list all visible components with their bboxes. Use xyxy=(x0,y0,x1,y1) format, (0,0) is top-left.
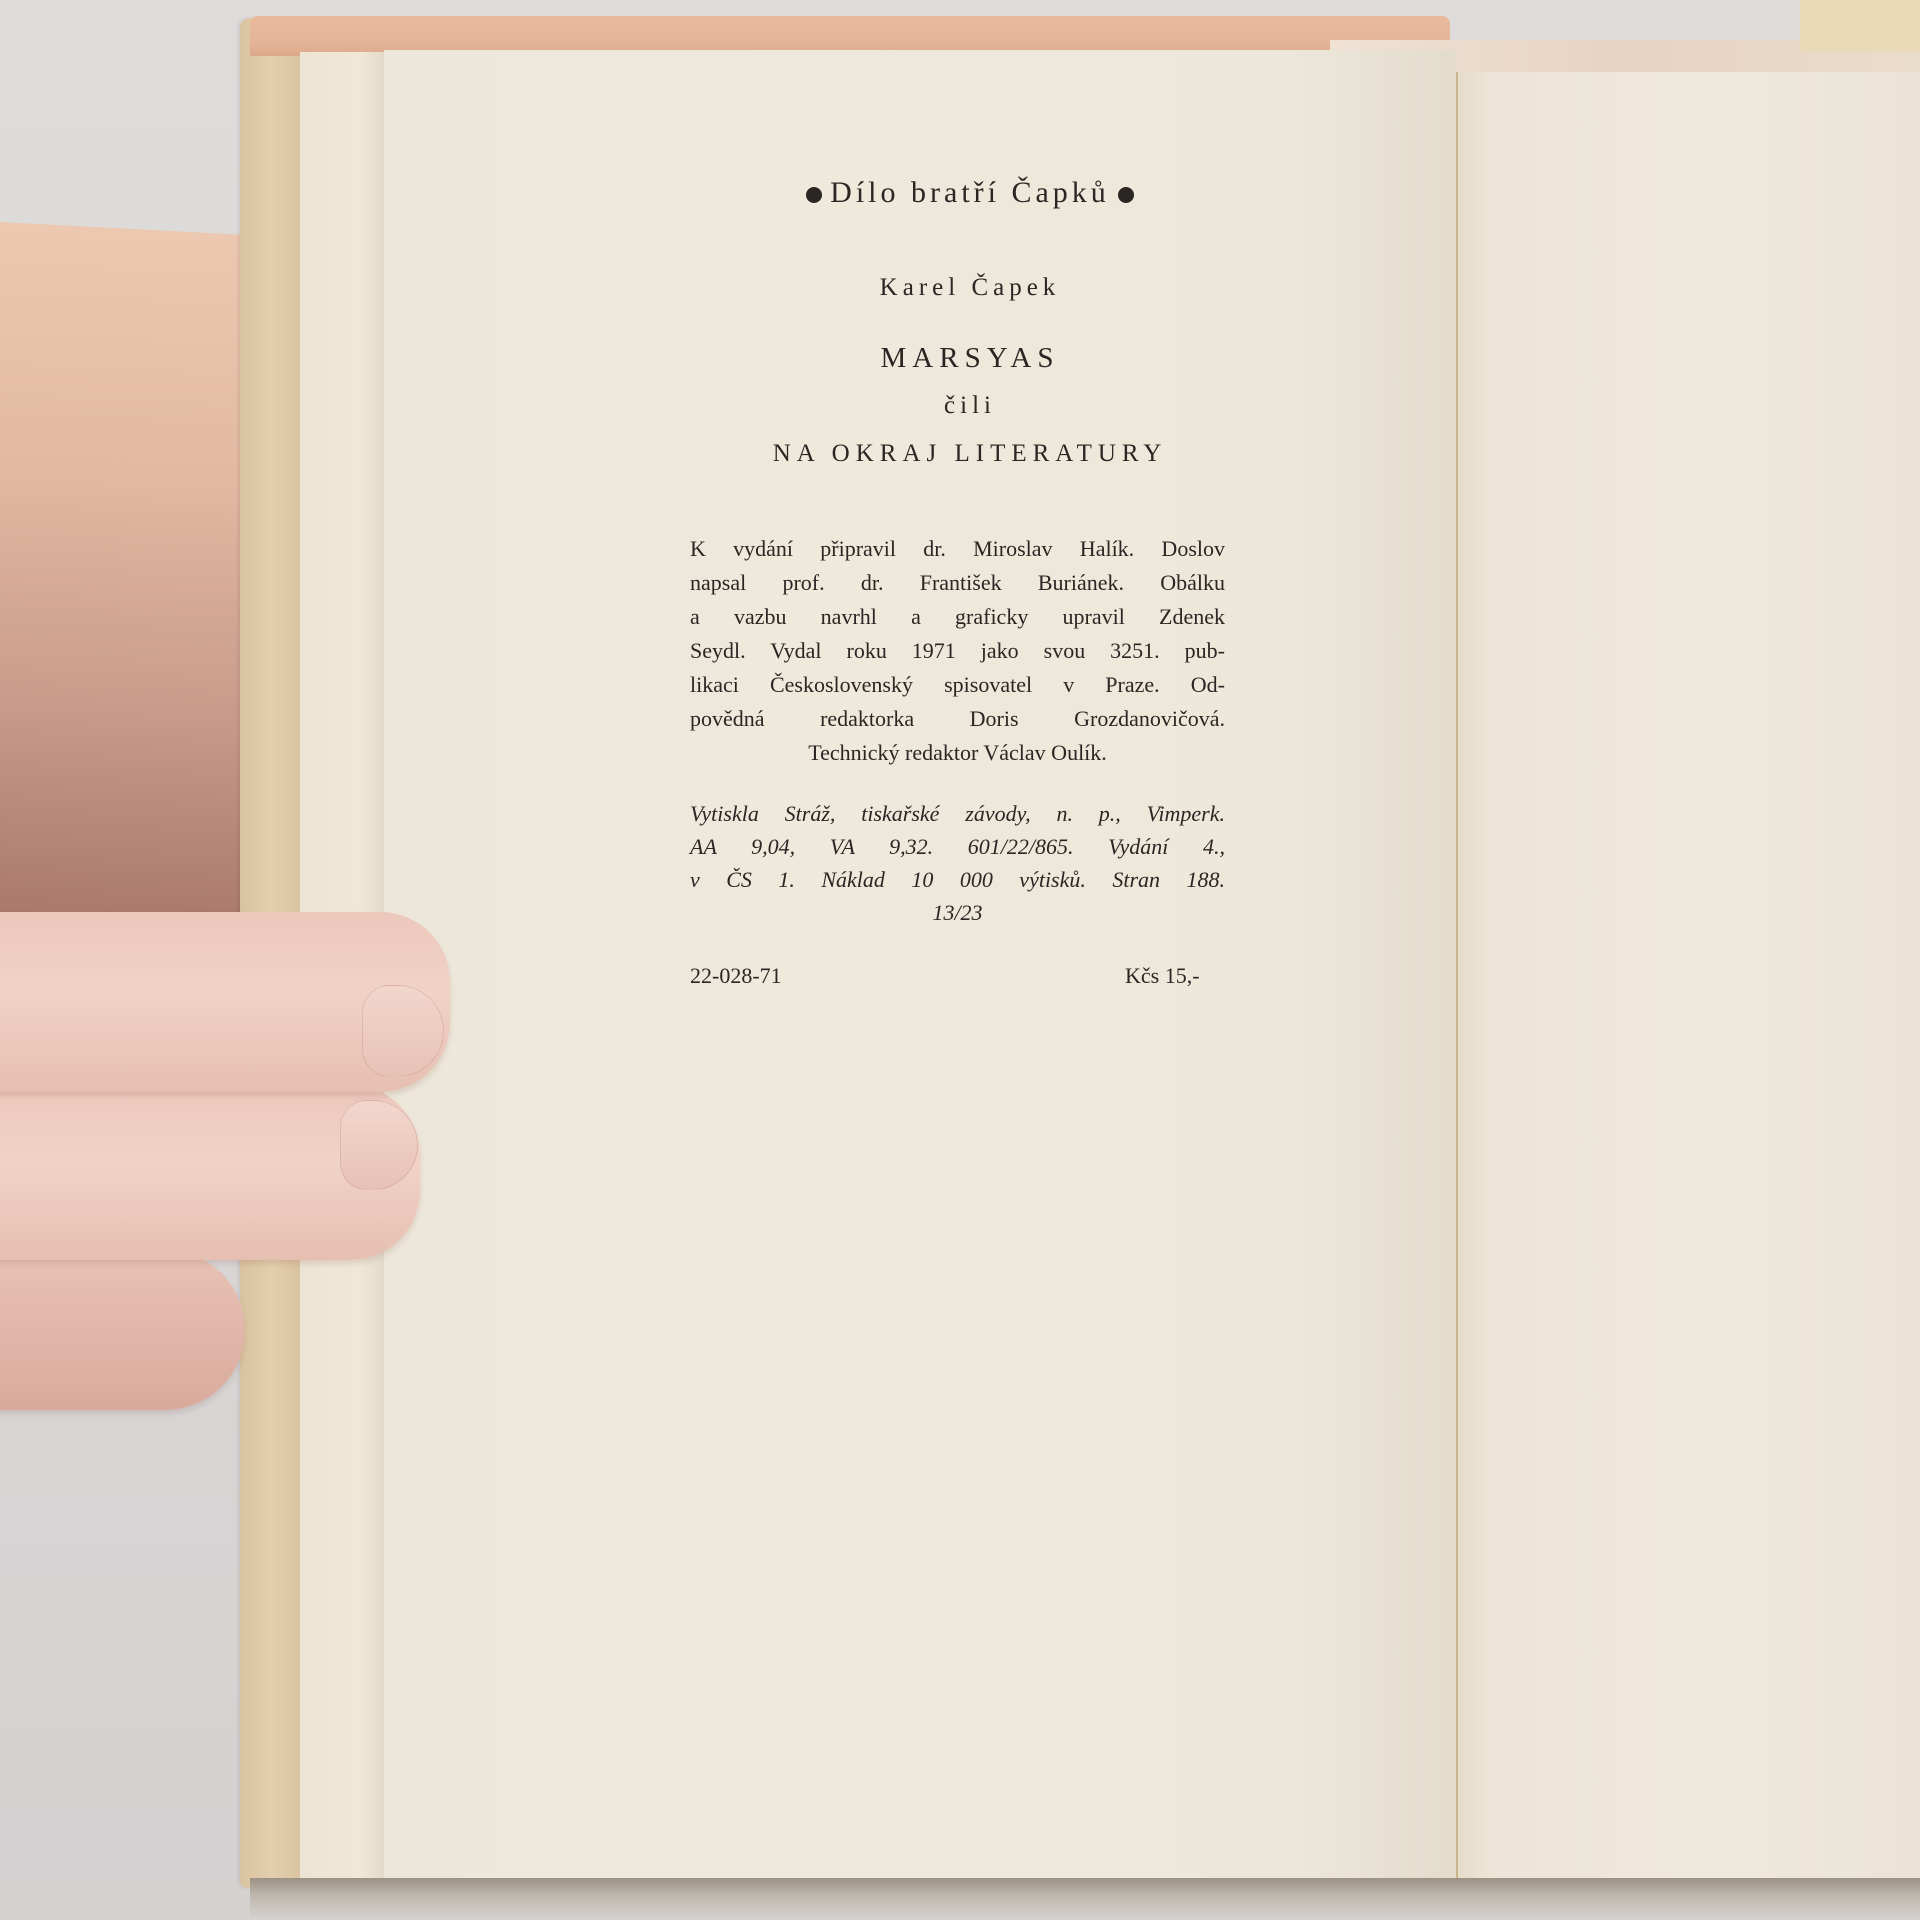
catalog-code: 22-028-71 xyxy=(690,963,782,989)
right-page xyxy=(1456,72,1920,1920)
credits-line: a vazbu navrhl a graficky upravil Zdenek xyxy=(690,600,1225,634)
printing-line: 13/23 xyxy=(690,896,1225,929)
arm xyxy=(0,221,250,935)
printing-line: AA 9,04, VA 9,32. 601/22/865. Vydání 4., xyxy=(690,830,1225,863)
series-title: Dílo bratří Čapků xyxy=(730,176,1210,210)
printing-line: v ČS 1. Náklad 10 000 výtisků. Stran 188… xyxy=(690,863,1225,896)
author-name: Karel Čapek xyxy=(760,274,1180,302)
credits-line: Seydl. Vydal roku 1971 jako svou 3251. p… xyxy=(690,634,1225,668)
book-shadow xyxy=(250,1878,1920,1920)
price: Kčs 15,- xyxy=(1125,963,1200,989)
credits-line: Technický redaktor Václav Oulík. xyxy=(690,736,1225,770)
credits-block: K vydání připravil dr. Miroslav Halík. D… xyxy=(690,532,1225,770)
printing-line: Vytiskla Stráž, tiskařské závody, n. p.,… xyxy=(690,797,1225,830)
credits-line: napsal prof. dr. František Buriánek. Obá… xyxy=(690,566,1225,600)
bullet-dot-icon xyxy=(806,187,822,203)
book-subtitle: NA OKRAJ LITERATURY xyxy=(700,440,1240,468)
credits-line: K vydání připravil dr. Miroslav Halík. D… xyxy=(690,532,1225,566)
series-text: Dílo bratří Čapků xyxy=(830,176,1110,209)
finger-ring xyxy=(0,1250,245,1410)
left-page xyxy=(384,50,1456,1884)
credits-line: likaci Československý spisovatel v Praze… xyxy=(690,668,1225,702)
bullet-dot-icon xyxy=(1118,187,1134,203)
credits-line: povědná redaktorka Doris Grozdanovičová. xyxy=(690,702,1225,736)
title-connector: čili xyxy=(760,392,1180,420)
book-cover-right-corner xyxy=(1800,0,1920,52)
book-title: MARSYAS xyxy=(760,342,1180,375)
printing-info-block: Vytiskla Stráž, tiskařské závody, n. p.,… xyxy=(690,797,1225,929)
